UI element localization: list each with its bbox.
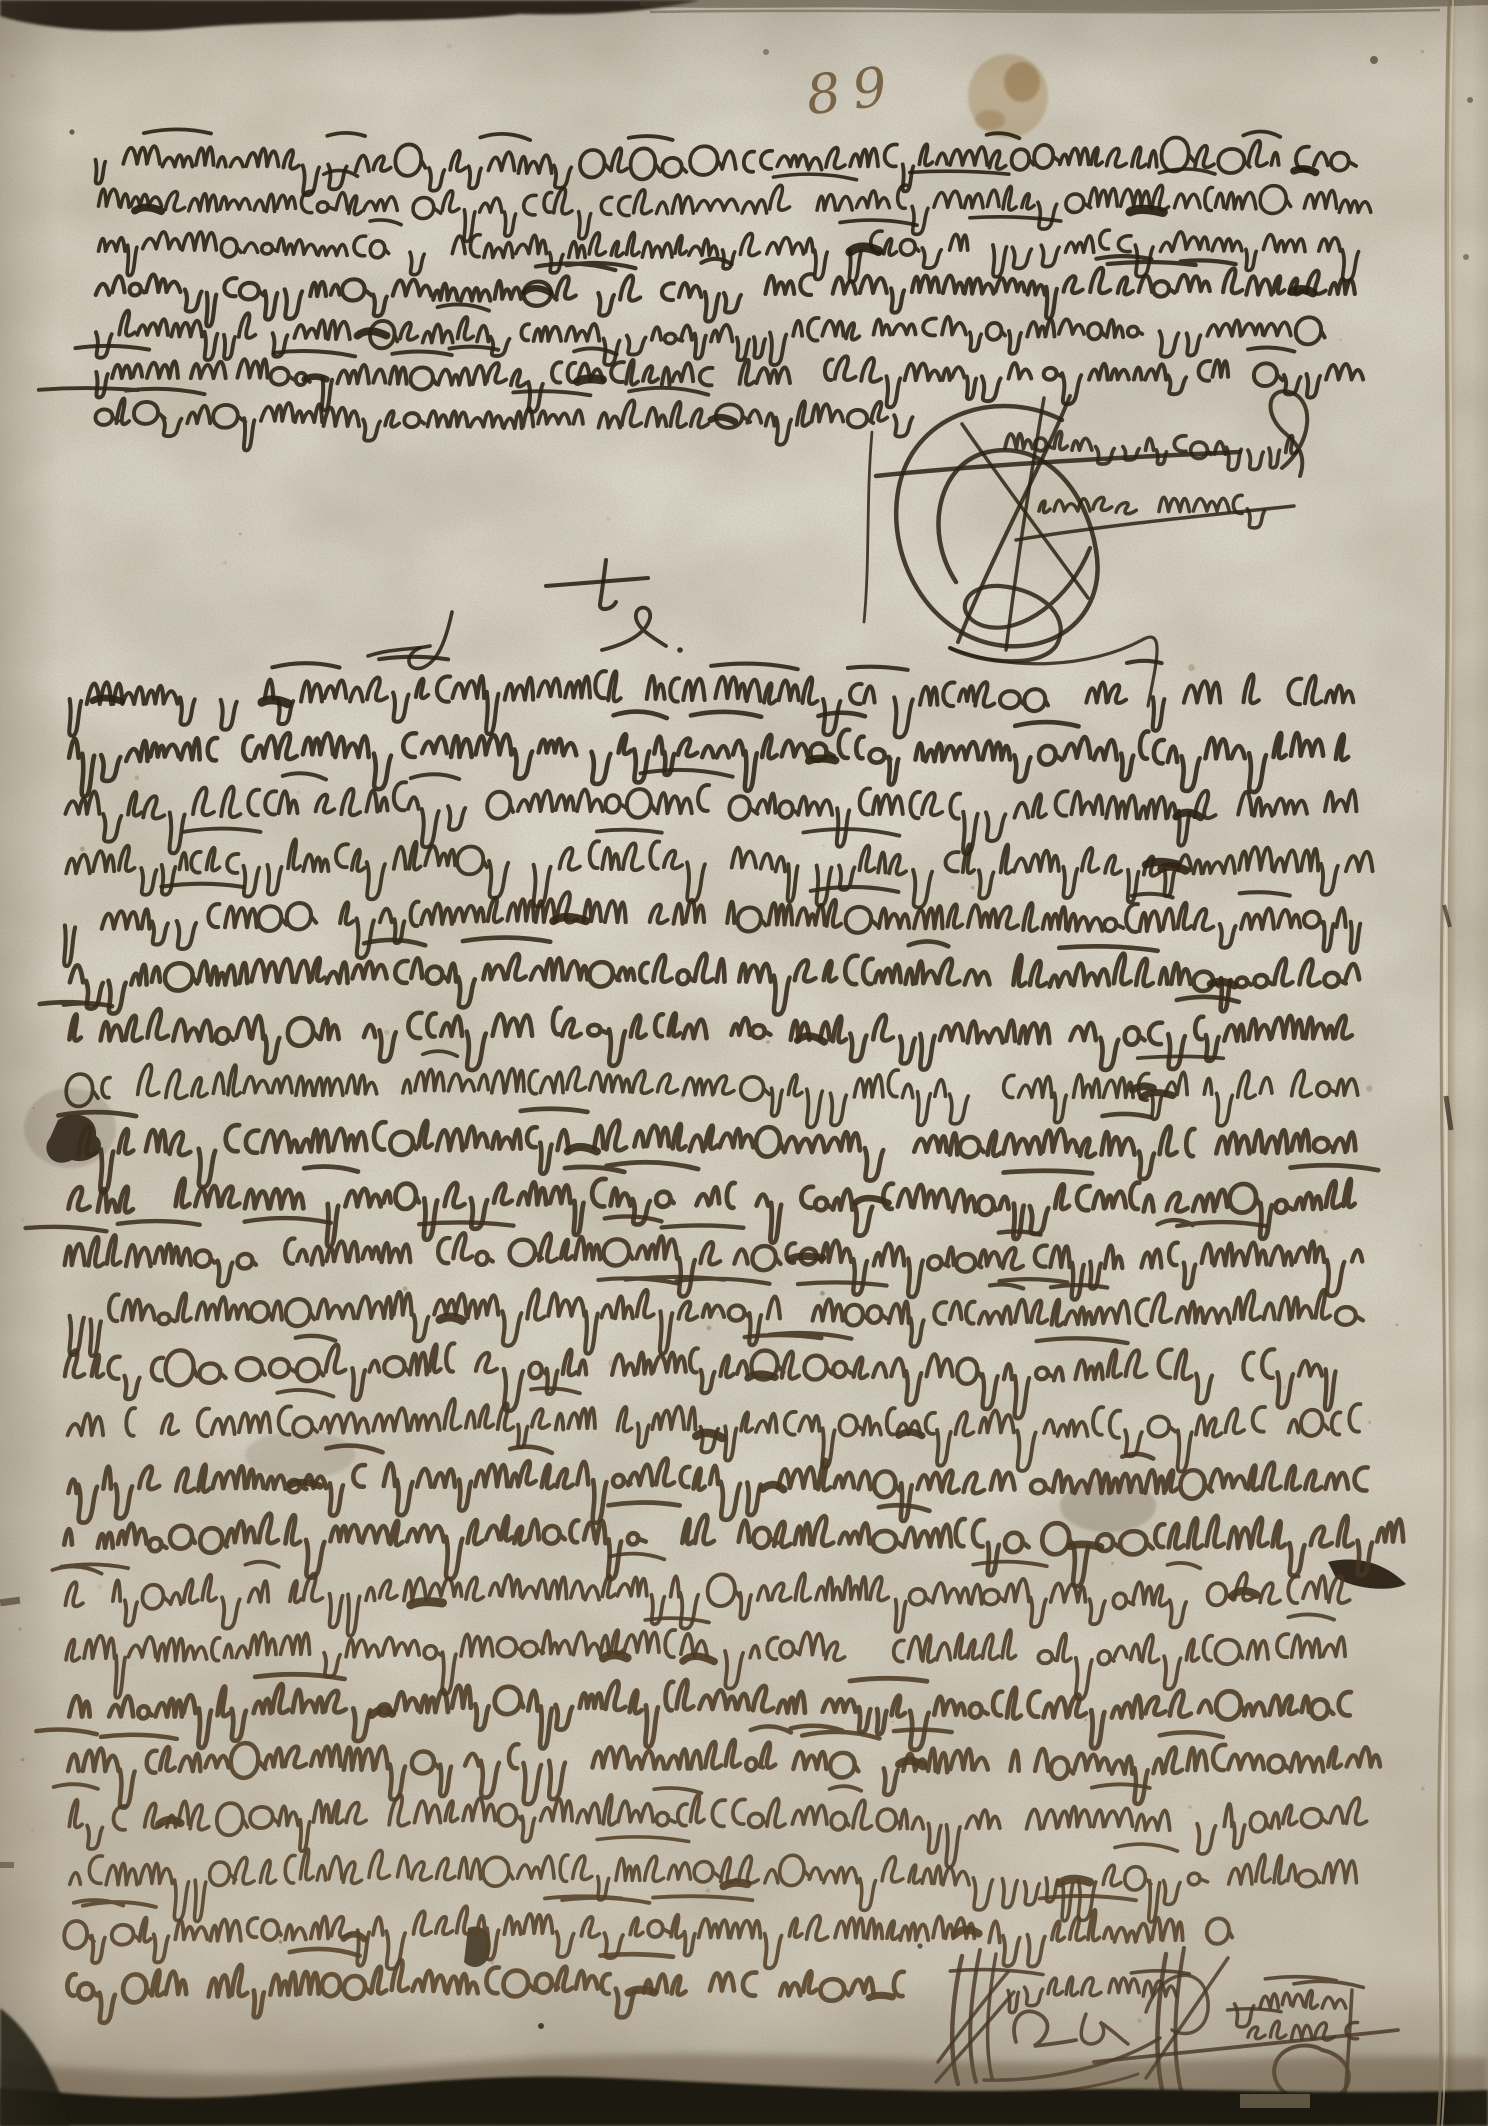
ink-blob <box>135 207 162 211</box>
ink-blob <box>290 1482 320 1486</box>
foxing-speck <box>606 517 610 521</box>
ink-blob <box>1294 169 1316 173</box>
foxing-speck <box>18 1627 22 1631</box>
foxing-speck <box>10 74 14 78</box>
ink-blob <box>440 1317 463 1321</box>
foxing-speck <box>579 1158 581 1160</box>
foxing-speck <box>21 1218 25 1222</box>
ink-blob <box>358 331 387 336</box>
foxing-speck <box>222 560 227 565</box>
ink-dot <box>538 2023 544 2029</box>
foxing-speck <box>21 1758 25 1762</box>
ink-blob <box>724 1883 748 1887</box>
foxing-speck <box>971 886 975 890</box>
bottom-edge-notch <box>1240 2094 1310 2108</box>
foxing-speck <box>180 306 183 309</box>
ink-blob <box>93 698 122 701</box>
manuscript-scan: 89 89 <box>0 0 1488 2126</box>
ink-blob <box>1133 1086 1153 1090</box>
ink-dot <box>917 1943 922 1948</box>
foxing-speck <box>384 1030 389 1035</box>
foxing-speck <box>286 348 288 350</box>
ink-dot <box>69 129 74 134</box>
edge-dot <box>1467 97 1473 103</box>
ink-blob <box>628 1990 654 1993</box>
foxing-speck <box>716 1312 719 1315</box>
ink-blob <box>869 1995 892 1997</box>
ink-blob <box>159 1820 181 1824</box>
foxing-spot <box>80 847 85 852</box>
foxing-speck <box>276 674 278 676</box>
ink-blob <box>1070 1544 1100 1547</box>
ink-blob <box>553 917 586 921</box>
brown-stain-top-edge <box>975 110 1005 130</box>
foxing-speck <box>1340 339 1342 341</box>
foxing-speck <box>1188 1805 1192 1809</box>
foxing-speck <box>766 1040 770 1044</box>
foxing-speck <box>1282 1385 1286 1389</box>
foxing-speck <box>279 1940 283 1944</box>
ink-blob <box>1211 982 1235 986</box>
foxing-spot <box>1366 1085 1372 1091</box>
foxing-speck <box>368 233 370 235</box>
foxing-speck <box>1111 1562 1114 1565</box>
foxing-speck <box>1368 1421 1372 1425</box>
foxing-speck <box>33 1108 35 1110</box>
ink-blob <box>1292 290 1313 293</box>
ink-blob <box>1161 866 1186 870</box>
foxing-speck <box>583 1874 586 1877</box>
foxing-speck <box>823 845 825 847</box>
ink-blob <box>790 1256 823 1259</box>
foxing-speck <box>97 1584 102 1589</box>
ink-dot <box>1370 56 1378 64</box>
ink-blob <box>696 1433 723 1438</box>
foxing-speck <box>1323 1230 1327 1234</box>
foxing-spot <box>1188 664 1195 671</box>
foxing-speck <box>1421 1787 1425 1791</box>
ink-blob <box>748 1374 775 1378</box>
manuscript-ink-layer: 89 <box>0 0 1488 2126</box>
ink-blob <box>850 247 879 252</box>
ink-blob <box>1130 209 1163 212</box>
foxing-speck <box>706 1888 710 1892</box>
ink-blob <box>1060 1879 1090 1883</box>
foxing-speck <box>1421 50 1425 54</box>
ink-blob <box>809 759 836 761</box>
ink-blob <box>568 1147 598 1152</box>
foxing-speck <box>892 1721 894 1723</box>
heading-period <box>677 647 683 653</box>
ink-blob <box>603 1655 627 1658</box>
foxing-speck <box>1199 1327 1201 1329</box>
edge-tick <box>0 1862 14 1868</box>
foxing-speck <box>1415 790 1418 793</box>
ink-blob <box>899 1432 922 1436</box>
ink-blob <box>262 700 288 704</box>
foxing-speck <box>296 790 301 795</box>
foxing-speck <box>31 1829 34 1832</box>
foxing-speck <box>1109 1455 1112 1458</box>
ink-blob <box>305 377 327 380</box>
foxing-speck <box>403 1286 408 1291</box>
foxing-spot <box>135 775 140 780</box>
ink-blob <box>578 379 603 382</box>
foxing-speck <box>447 44 452 49</box>
edge-dot <box>1463 254 1469 260</box>
foxing-speck <box>239 533 242 536</box>
foxing-speck <box>1084 1718 1087 1721</box>
foxing-speck <box>207 1059 211 1063</box>
ink-dot <box>763 49 769 55</box>
foxing-speck <box>820 1291 825 1296</box>
ink-blob <box>411 1602 443 1605</box>
brown-stain-top-core <box>1004 62 1040 102</box>
foxing-speck <box>1396 1324 1399 1327</box>
foxing-speck <box>707 1326 712 1331</box>
foxing-speck <box>1137 2019 1141 2023</box>
foxing-speck <box>1419 1244 1421 1246</box>
foxing-speck <box>1214 380 1217 383</box>
